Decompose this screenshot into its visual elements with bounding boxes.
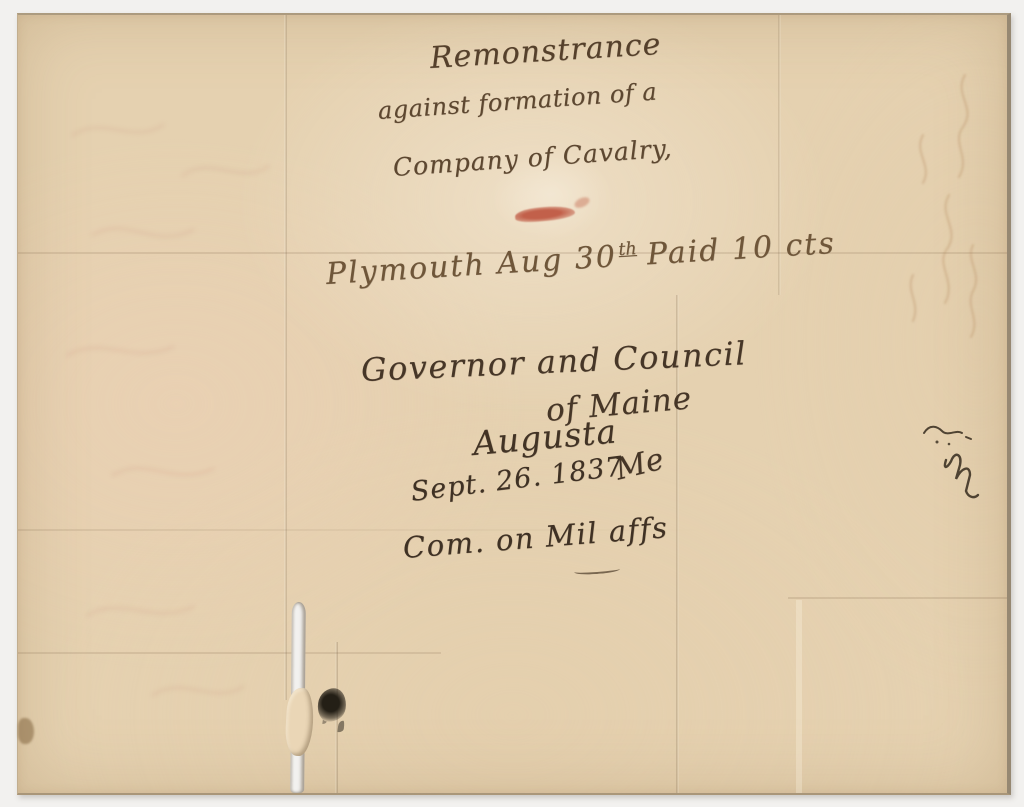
committee-flourish-underline bbox=[574, 565, 620, 575]
endorsement-date-line: Sept. 26. 1837 bbox=[409, 451, 625, 508]
endorsement-committee-line: Com. on Mil affs bbox=[402, 510, 670, 565]
ghost-writing-right bbox=[853, 45, 1003, 375]
bleed-through-writing-left bbox=[33, 55, 303, 755]
docket-title-line: Remonstrance bbox=[429, 27, 662, 76]
postmark-place-date: Plymouth Aug 30 bbox=[325, 239, 618, 292]
ink-blot bbox=[316, 686, 348, 724]
ink-scribble-right bbox=[916, 415, 986, 505]
document-scan: Remonstrance against formation of a Comp… bbox=[0, 0, 1024, 807]
tear-notch-tab bbox=[284, 687, 315, 756]
manuscript-paper: Remonstrance against formation of a Comp… bbox=[17, 13, 1011, 795]
postmark-ordinal-superscript: th bbox=[618, 239, 637, 260]
docket-subject-line-1: against formation of a bbox=[377, 78, 658, 125]
fold-crease-vertical-lower-right bbox=[796, 600, 802, 793]
edge-stain bbox=[18, 718, 34, 744]
fold-crease-horizontal-right bbox=[788, 597, 1007, 599]
postmark-paid-amount: Paid 10 cts bbox=[646, 226, 837, 272]
